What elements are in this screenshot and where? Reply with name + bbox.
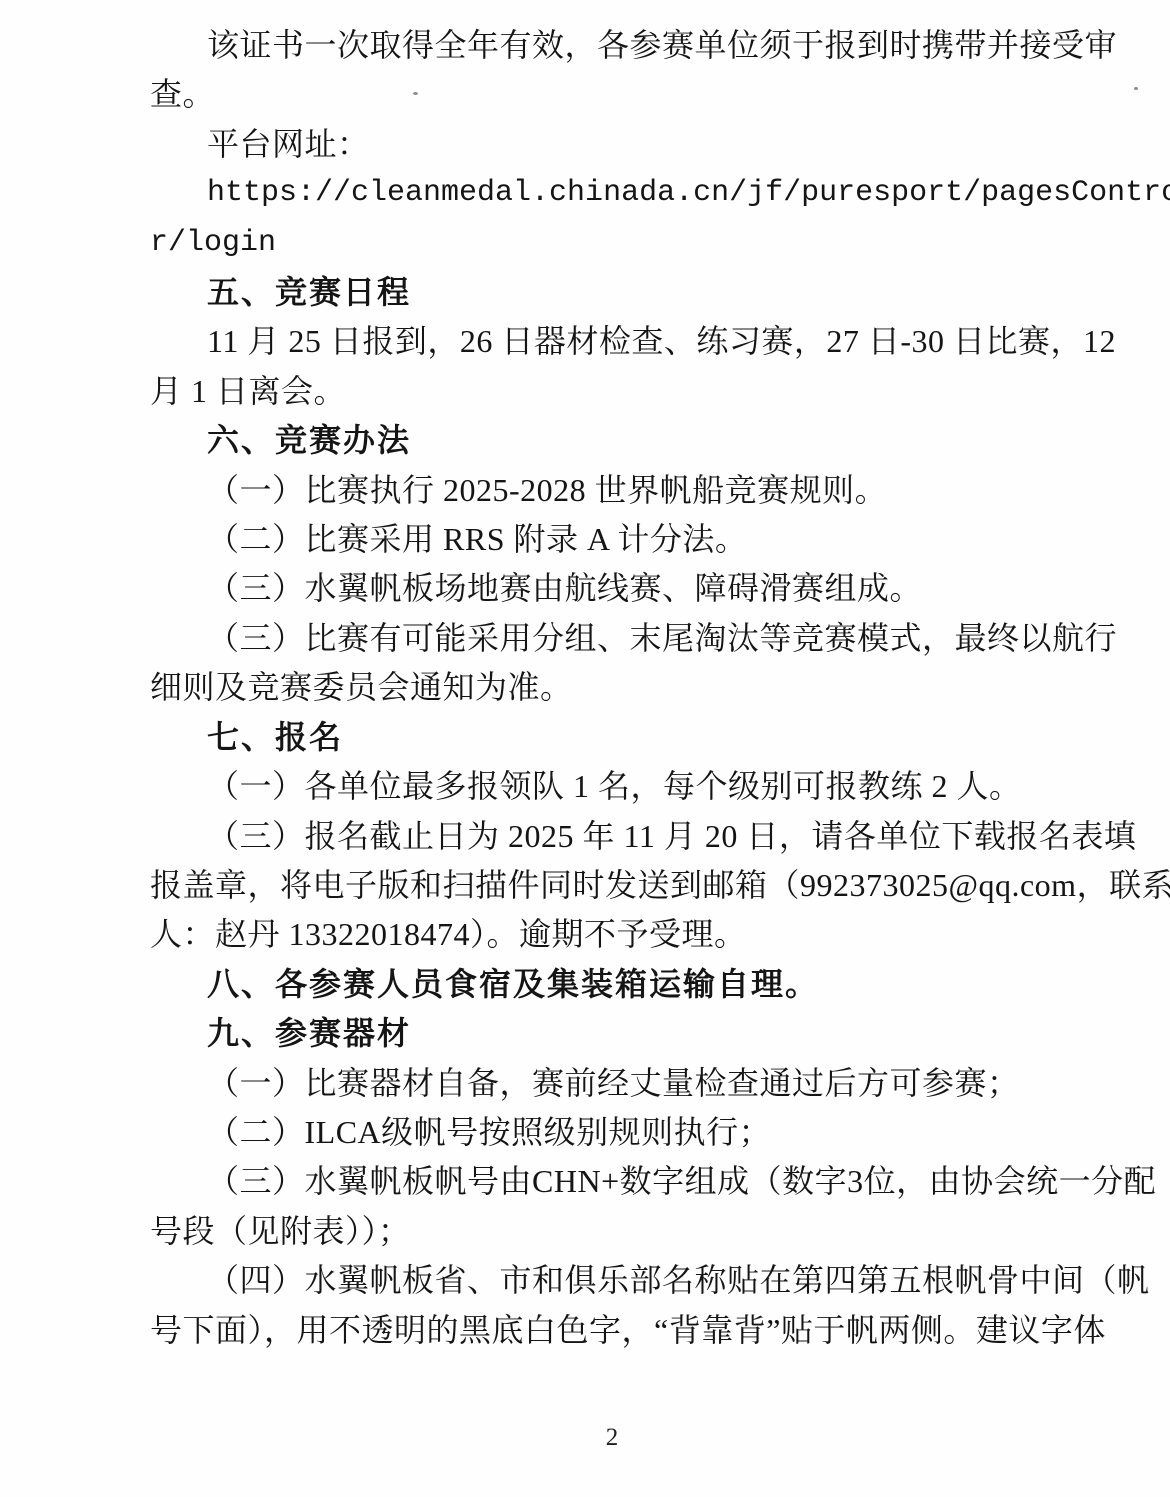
scan-speck xyxy=(1134,87,1138,90)
text-line: （三）比赛有可能采用分组、末尾淘汰等竞赛模式，最终以航行 xyxy=(150,614,1047,663)
scanned-document-page: 该证书一次取得全年有效，各参赛单位须于报到时携带并接受审 查。 平台网址： ht… xyxy=(0,0,1170,1497)
text-line: （三）水翼帆板场地赛由航线赛、障碍滑赛组成。 xyxy=(150,564,1047,613)
text-line: 查。 xyxy=(150,70,1047,119)
text-line: （一）各单位最多报领队 1 名，每个级别可报教练 2 人。 xyxy=(150,762,1047,811)
section-heading: 八、各参赛人员食宿及集装箱运输自理。 xyxy=(150,960,1047,1009)
section-heading: 九、参赛器材 xyxy=(150,1009,1047,1058)
text-line: （一）比赛执行 2025-2028 世界帆船竞赛规则。 xyxy=(150,466,1047,515)
text-line: 号段（见附表））； xyxy=(150,1207,1047,1256)
text-line: 11 月 25 日报到，26 日器材检查、练习赛，27 日-30 日比赛，12 xyxy=(150,317,1047,366)
text-line: （二）ILCA级帆号按照级别规则执行； xyxy=(150,1108,1047,1157)
text-line: （四）水翼帆板省、市和俱乐部名称贴在第四第五根帆骨中间（帆 xyxy=(150,1256,1047,1305)
text-line: 人：赵丹 13322018474）。逾期不予受理。 xyxy=(150,910,1047,959)
text-line: （三）水翼帆板帆号由CHN+数字组成（数字3位，由协会统一分配 xyxy=(150,1157,1047,1206)
text-line: （一）比赛器材自备，赛前经丈量检查通过后方可参赛； xyxy=(150,1059,1047,1108)
text-line: 平台网址： xyxy=(150,120,1047,169)
document-body: 该证书一次取得全年有效，各参赛单位须于报到时携带并接受审 查。 平台网址： ht… xyxy=(150,21,1047,1355)
url-line: r/login xyxy=(150,219,1047,268)
text-line: 该证书一次取得全年有效，各参赛单位须于报到时携带并接受审 xyxy=(150,21,1047,70)
text-line: 细则及竞赛委员会通知为准。 xyxy=(150,663,1047,712)
section-heading: 六、竞赛办法 xyxy=(150,416,1047,465)
text-line: （二）比赛采用 RRS 附录 A 计分法。 xyxy=(150,515,1047,564)
section-heading: 五、竞赛日程 xyxy=(150,268,1047,317)
url-line: https://cleanmedal.chinada.cn/jf/purespo… xyxy=(150,169,1047,218)
text-line: 月 1 日离会。 xyxy=(150,367,1047,416)
text-line: 报盖章，将电子版和扫描件同时发送到邮箱（992373025@qq.com，联系 xyxy=(150,861,1047,910)
section-heading: 七、报名 xyxy=(150,713,1047,762)
text-line: 号下面），用不透明的黑底白色字，“背靠背”贴于帆两侧。建议字体 xyxy=(150,1306,1047,1355)
page-number: 2 xyxy=(0,1424,1170,1452)
text-line: （三）报名截止日为 2025 年 11 月 20 日，请各单位下载报名表填 xyxy=(150,812,1047,861)
